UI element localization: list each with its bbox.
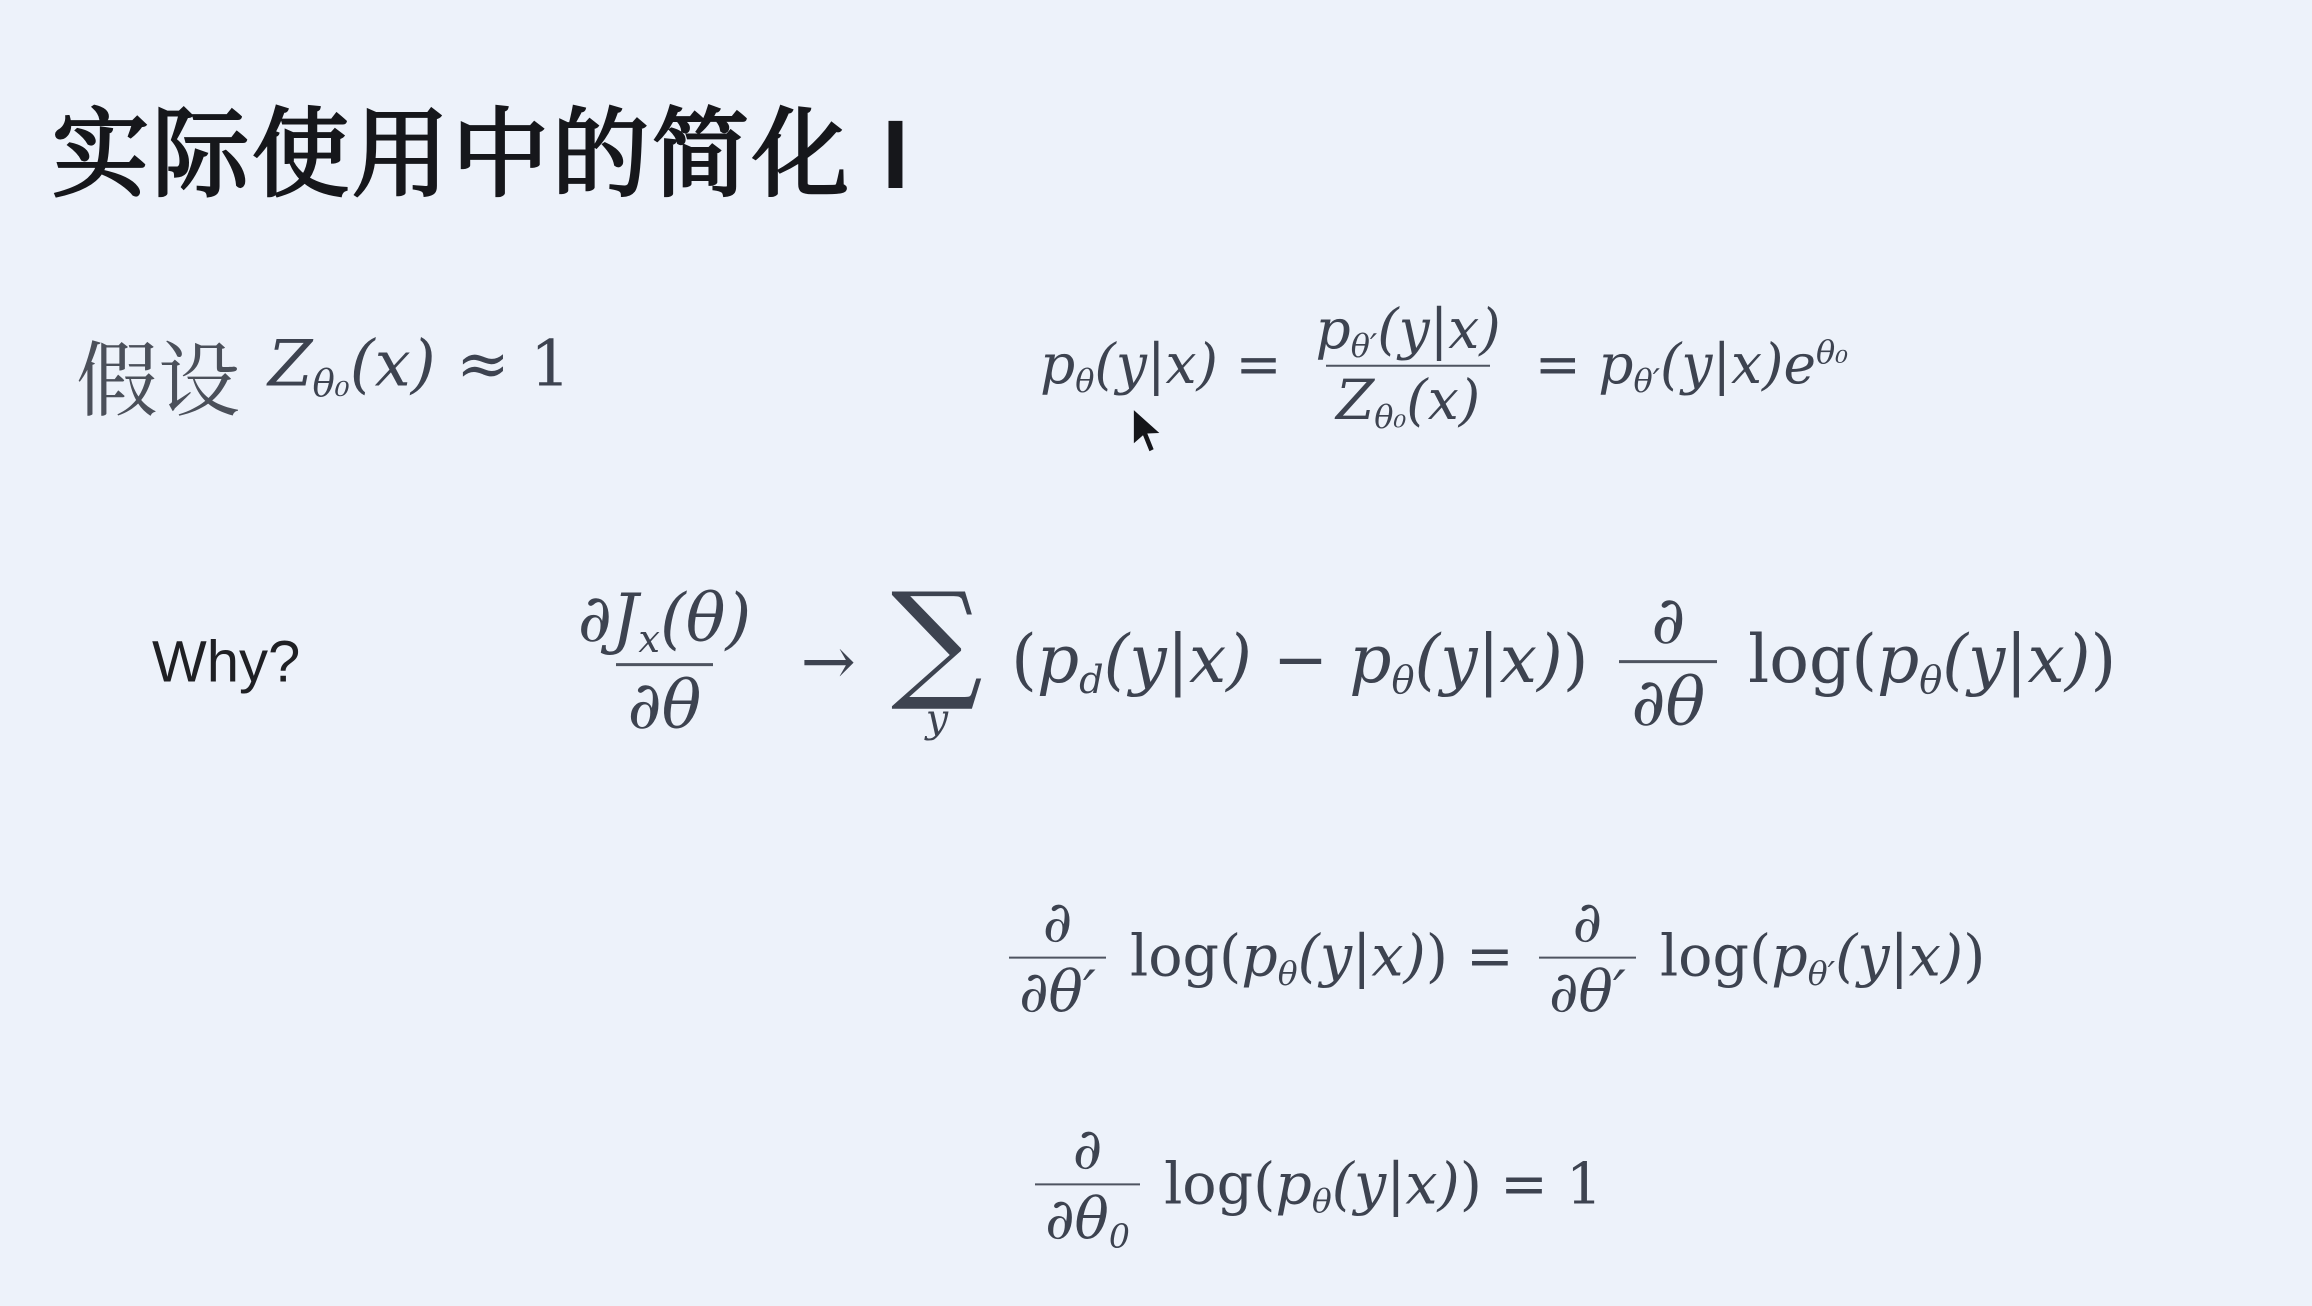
slide-title: 实际使用中的简化 I (52, 76, 912, 216)
slide-background: 实际使用中的简化 I 假设 Zθ₀(x) ≈ 1 pθ(y|x) = pθ′(y… (0, 0, 2312, 1306)
gradient-equation: ∂Jx(θ)∂θ→∑y(pd(y|x) − pθ(y|x))∂∂θlog(pθ(… (558, 579, 2116, 745)
mouse-cursor-icon (1128, 406, 1166, 460)
theta-prime-identity-equation: ∂∂θ′log(pθ(y|x)) = ∂∂θ′log(pθ′(y|x)) (1002, 889, 1985, 1028)
assumption-equation: Zθ₀(x) ≈ 1 (268, 325, 571, 408)
why-label: Why? (152, 629, 300, 696)
assume-label: 假设 (76, 316, 240, 433)
theta-zero-identity-equation: ∂∂θ0log(pθ(y|x)) = 1 (1028, 1115, 1602, 1256)
